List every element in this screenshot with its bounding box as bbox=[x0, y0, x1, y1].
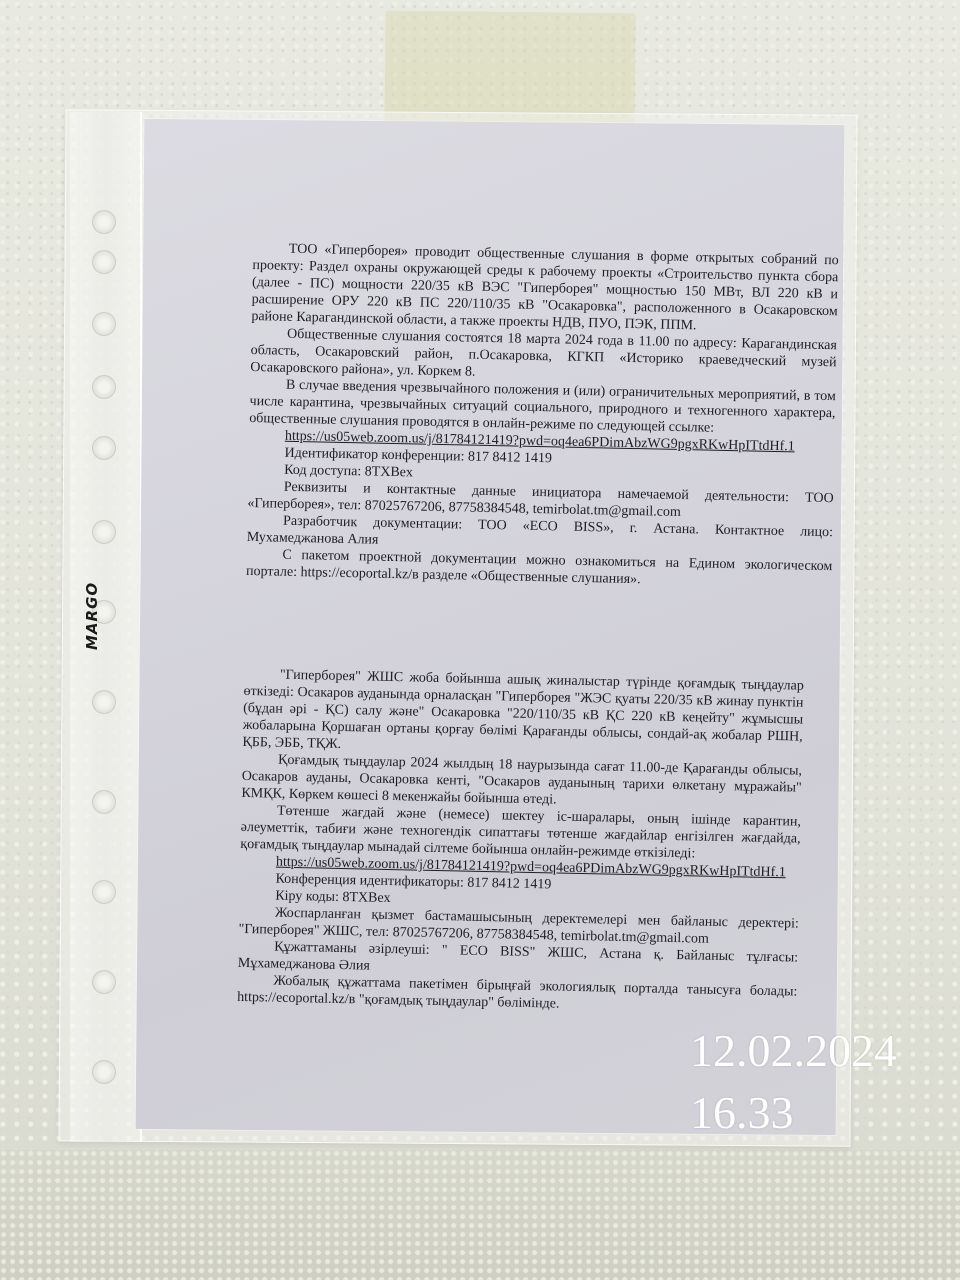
notice-kazakh: "Гиперборея" ЖШС жоба бойынша ашық жинал… bbox=[237, 666, 804, 1018]
photo-timestamp: 12.02.2024 16.33 bbox=[690, 1020, 897, 1144]
punch-hole bbox=[92, 970, 116, 994]
punch-hole bbox=[92, 312, 116, 336]
timestamp-time: 16.33 bbox=[690, 1082, 897, 1144]
notice-document: ТОО «Гиперборея» проводит общественные с… bbox=[237, 240, 839, 1018]
punch-hole bbox=[92, 210, 116, 234]
punch-hole bbox=[92, 375, 116, 399]
punch-hole bbox=[92, 250, 116, 274]
notice-russian: ТОО «Гиперборея» проводит общественные с… bbox=[246, 240, 839, 592]
wall-bottom bbox=[0, 1150, 960, 1280]
punch-hole bbox=[92, 690, 116, 714]
punch-hole bbox=[92, 790, 116, 814]
punch-hole bbox=[92, 1060, 116, 1084]
punch-hole bbox=[92, 436, 116, 460]
ru-intro-paragraph: ТОО «Гиперборея» проводит общественные с… bbox=[251, 240, 839, 337]
punch-hole bbox=[92, 880, 116, 904]
kz-intro-paragraph: "Гиперборея" ЖШС жоба бойынша ашық жинал… bbox=[242, 666, 804, 763]
punch-hole bbox=[92, 520, 116, 544]
section-gap bbox=[244, 580, 832, 678]
timestamp-date: 12.02.2024 bbox=[690, 1020, 897, 1082]
sleeve-brand-label: MARGO bbox=[83, 582, 101, 650]
